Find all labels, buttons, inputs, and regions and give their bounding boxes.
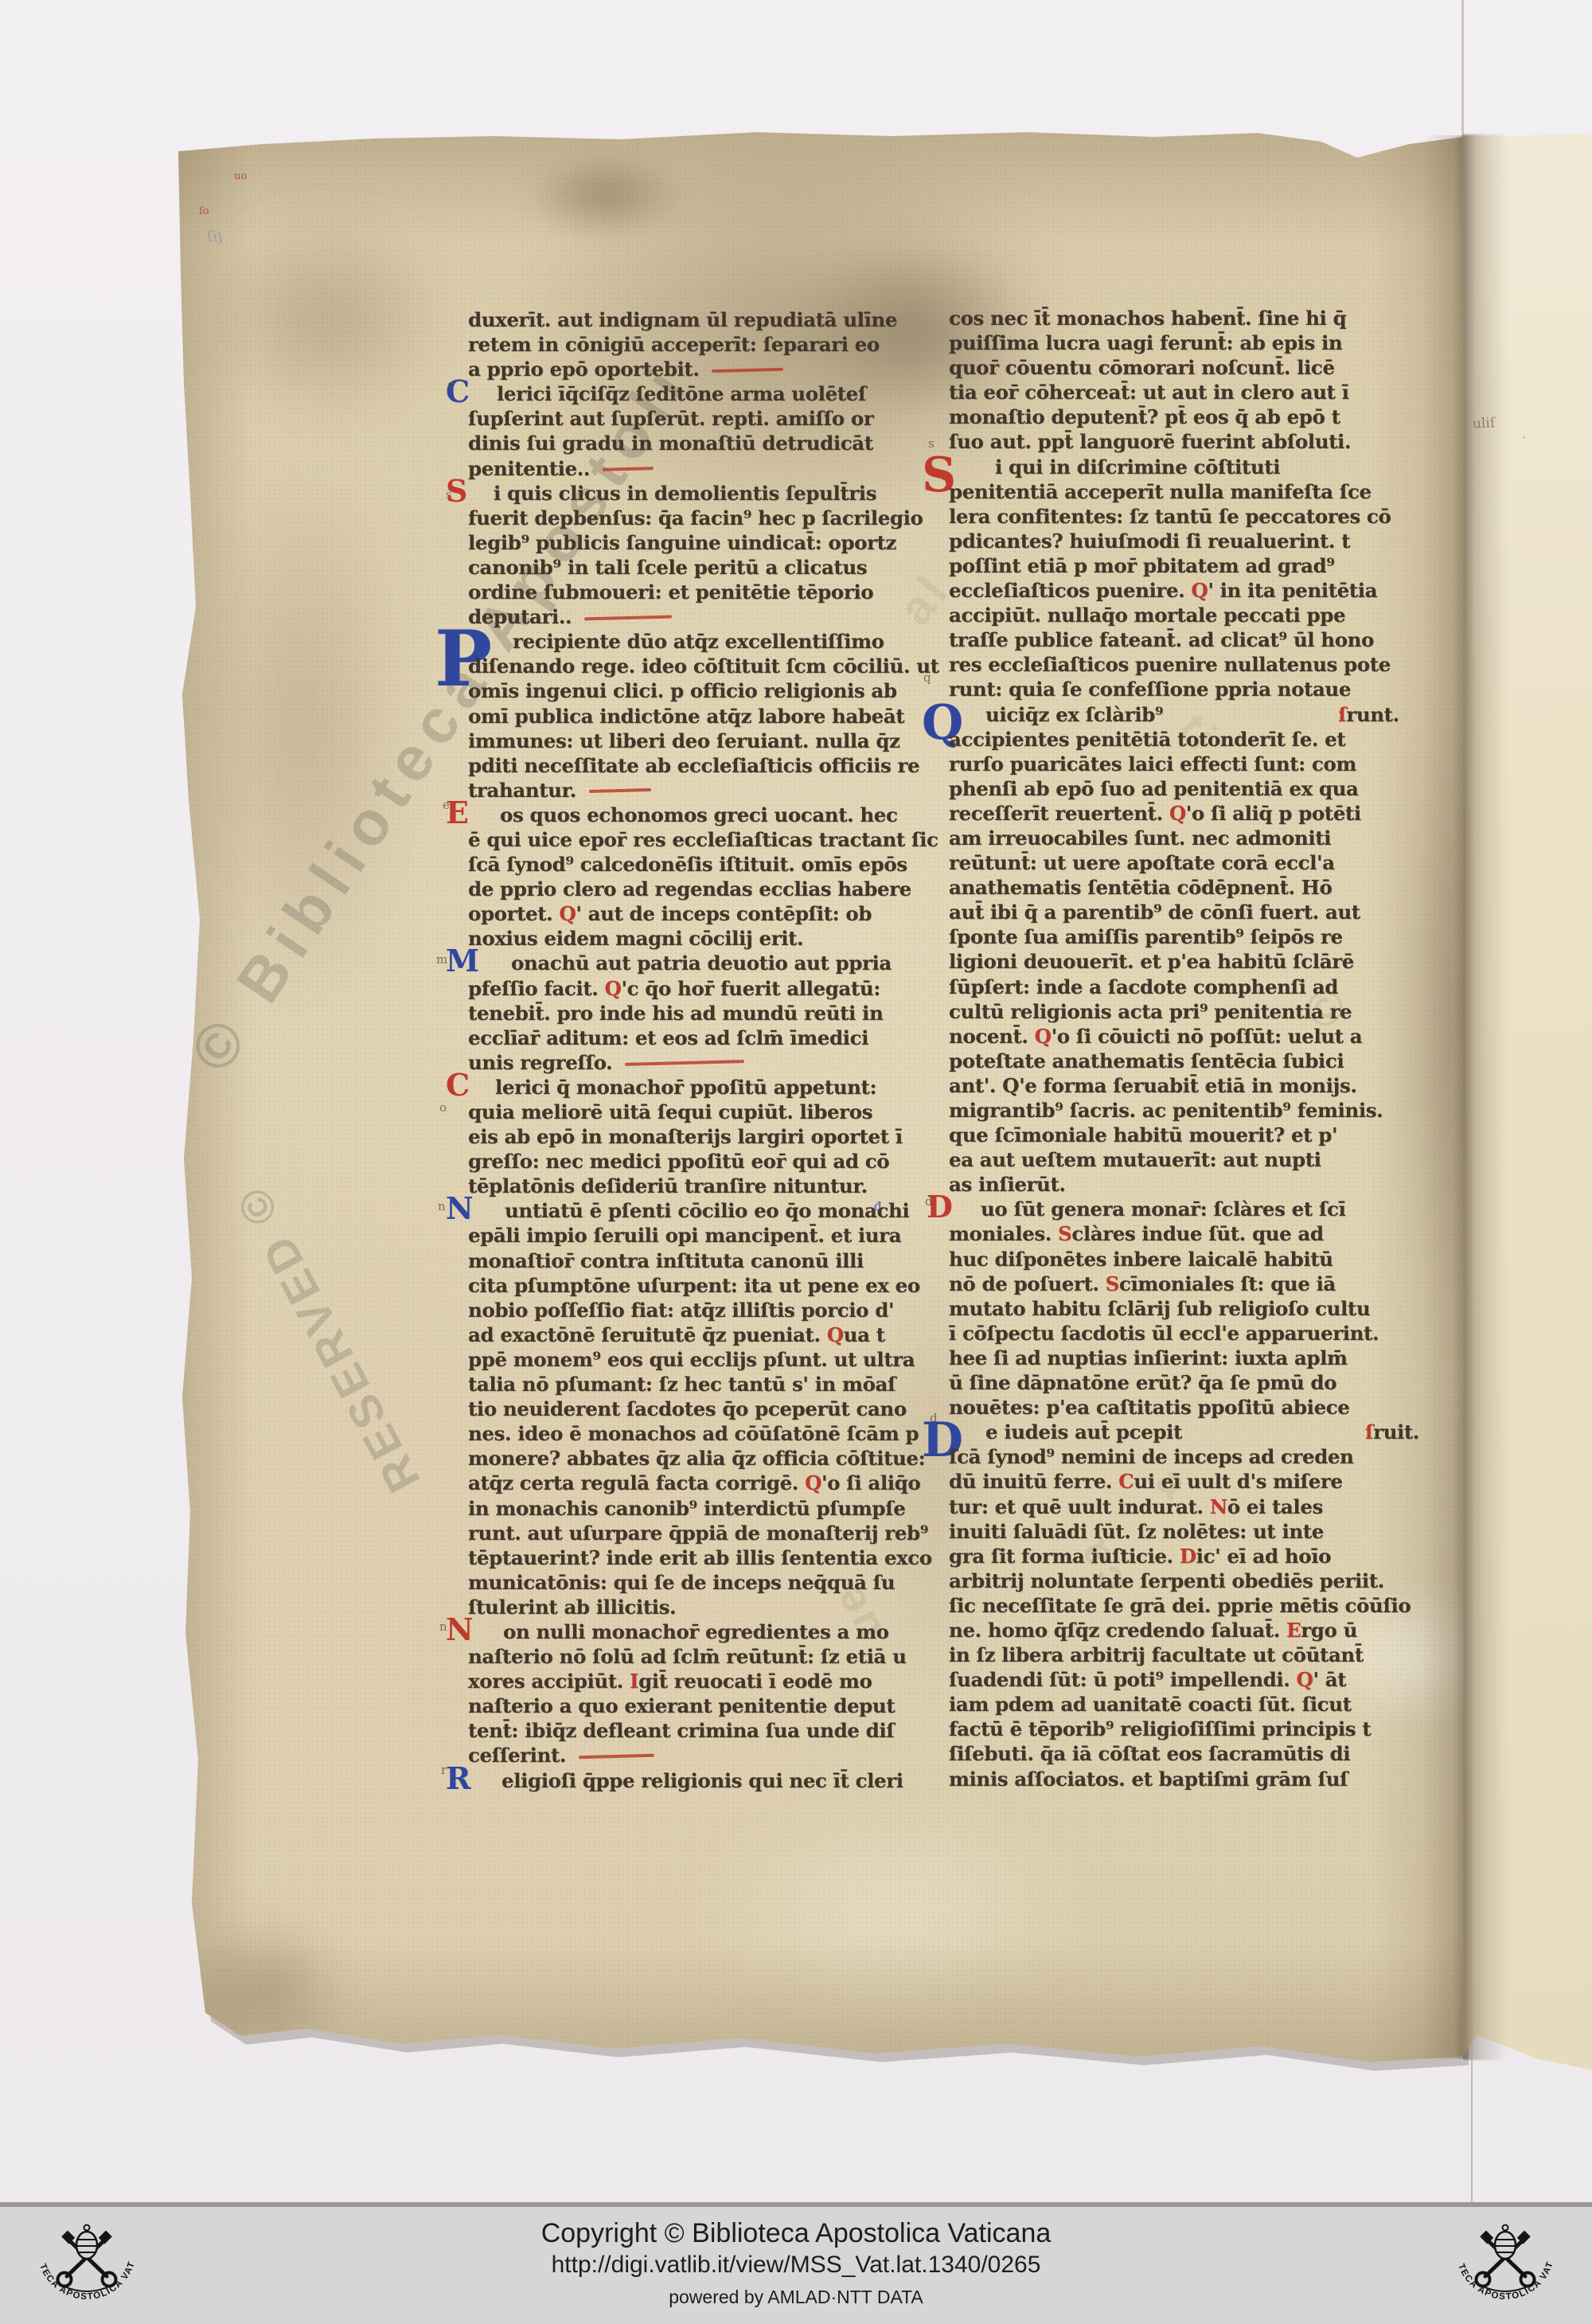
illuminated-initial: M: [446, 946, 479, 976]
manuscript-line: naſterio a quo exierant penitentie deput: [468, 1693, 936, 1718]
manuscript-line: ea aut ueſtem mutauerīt: aut nupti: [949, 1147, 1391, 1172]
rubricator-guide-letter: m: [436, 952, 447, 967]
line-text: xores accipiūt.: [468, 1670, 630, 1693]
manuscript-line: noxius eidem magni cōcilij erit.: [468, 926, 936, 951]
manuscript-line: monaſtior̄ contra inſtituta canonū illi: [468, 1248, 936, 1273]
line-text: unis regreſſo.: [468, 1051, 612, 1074]
line-text: tent̄: ibiq̄z defleant crimina ſua unde …: [468, 1719, 894, 1742]
line-text: nocent̄.: [949, 1025, 1035, 1048]
line-text: mutato habitu ſclārij ſub religioſo cult…: [949, 1297, 1370, 1320]
manuscript-line: accipiūt. nullaq̄o mortale peccati ppe: [949, 603, 1391, 627]
line-text: ' in ita penitētia: [1208, 579, 1377, 602]
line-text: puiſſima lucra uagi ferunt̄: ab epis in: [949, 331, 1342, 354]
line-text: oportet.: [468, 902, 559, 925]
line-text: S: [1058, 1222, 1071, 1245]
line-text: fuerit depbenſus: q̄a facin⁹ hec p ſacri…: [468, 506, 923, 529]
marginal-note: uo: [234, 170, 247, 182]
manuscript-line: ſuadendi ſūt: ū poti⁹ impellendi. Q' āt: [949, 1667, 1391, 1692]
manuscript-line: gra ſit forma iuſticie. Dic' eī ad hoīo: [949, 1544, 1391, 1568]
manuscript-line: tur: et quē uult indurat. Nō ei tales: [949, 1494, 1391, 1519]
line-text: Q: [827, 1323, 844, 1346]
manuscript-line: fuerit depbenſus: q̄a facin⁹ hec p ſacri…: [468, 506, 936, 530]
footer-url: http://digi.vatlib.it/view/MSS_Vat.lat.1…: [0, 2252, 1592, 2279]
line-text: S: [1106, 1272, 1119, 1295]
line-text: talia nō pſumant: ſz hec tantū s' in mōa…: [468, 1373, 895, 1396]
line-text: minis aſſociatos. et baptiſmi grām ſuſ: [949, 1767, 1348, 1791]
rubricator-guide-letter: s: [446, 487, 452, 502]
line-text: anathematis ſentētia cōdēpnent̄. Hō: [949, 876, 1333, 899]
rubric-line-filler: [603, 467, 654, 471]
line-text: dinis ſui gradu in monaſtiū detrudicāt: [468, 432, 873, 455]
line-text: phenſi ab epō ſuo ad penitentiā ex qua: [949, 777, 1359, 800]
line-text: greſſo: nec medici ppoſitū eor̄ qui ad c…: [468, 1150, 889, 1173]
rubricator-guide-letter: s: [928, 436, 935, 451]
line-text: ſūpſert: inde a ſacdote comphenſi ad: [949, 975, 1338, 998]
line-text: diſenando rege. ideo cōſtituit ſcm cōcil…: [468, 654, 939, 678]
manuscript-line: que ſcīmoniale habitū mouerit? et p': [949, 1123, 1391, 1147]
line-text: ſic neceſſitate ſe grā dei. pprie mētis …: [949, 1594, 1411, 1617]
line-text: lerici q̄ monachor̄ ppoſitū appetunt:: [495, 1076, 876, 1099]
rubricator-guide-letter: q: [923, 670, 931, 685]
manuscript-line: dū inuitū ferre. Cui eī uult d's miſere: [949, 1469, 1391, 1494]
line-text: duxerīt. aut indignam ūl repudiatā ulīne: [468, 308, 897, 331]
line-text: ua t: [844, 1323, 885, 1346]
manuscript-line: ſūpſert: inde a ſacdote comphenſi ad: [949, 975, 1391, 999]
text-column-right: cos nec īt̄ monachos habent̄. ſine hi q̄…: [949, 306, 1391, 1791]
manuscript-line: Quiciq̄z ex ſclàrib⁹ſrunt.: [949, 702, 1391, 727]
line-text: tia eor̄ cōherceat̄: ut aut in clero aut…: [949, 381, 1349, 404]
manuscript-line: de pprio clero ad regendas ecclias haber…: [468, 877, 936, 901]
line-text: in ſz libera arbitrij facultate ut cōūta…: [949, 1643, 1364, 1666]
line-text: accipiūt. nullaq̄o mortale peccati ppe: [949, 603, 1345, 627]
manuscript-line: ſponte ſua amiſſis parentib⁹ ſeipōs re: [949, 924, 1391, 949]
manuscript-line: diſenando rege. ideo cōſtituit ſcm cōcil…: [468, 654, 936, 678]
manuscript-line: omī publica indictōne atq̄z labore habeā…: [468, 704, 936, 728]
manuscript-line: in ſz libera arbitrij facultate ut cōūta…: [949, 1642, 1391, 1667]
line-text: trahantur.: [468, 779, 576, 802]
line-text: de pprio clero ad regendas ecclias haber…: [468, 877, 911, 900]
manuscript-line: tia eor̄ cōherceat̄: ut aut in clero aut…: [949, 380, 1391, 404]
line-text: D: [1180, 1545, 1196, 1568]
line-text: ' āt: [1313, 1668, 1346, 1691]
line-text: E: [1286, 1619, 1301, 1642]
line-text: e iudeis aut̄ pcepit: [985, 1420, 1182, 1443]
line-text: tēplatōnis deſideriū tranſire nituntur.: [468, 1174, 868, 1197]
manuscript-line: huc diſponētes inbere laicalē habitū: [949, 1247, 1391, 1271]
rubric-line-filler: [589, 788, 651, 793]
line-text: git̄ reuocati ī eodē mo: [638, 1670, 872, 1693]
line-text: lera confitentes: ſz tantū ſe peccatores…: [949, 505, 1391, 528]
line-text: recipiente dūo atq̄z excellentiſſimo: [513, 630, 884, 653]
manuscript-line: Eos quos echonomos greci uocant. hec: [468, 803, 936, 827]
manuscript-line: duxerīt. aut indignam ūl repudiatā ulīne: [468, 307, 936, 332]
manuscript-line: naſterio nō ſolū ad ſclm̄ reūtunt̄: ſz e…: [468, 1644, 936, 1669]
manuscript-line: omīs ingenui clici. p officio religionis…: [468, 678, 936, 703]
line-text: ant'. Q'e forma ſeruabit̄ etiā in monijs…: [949, 1074, 1357, 1097]
line-text: 'o ſi aliq̄ p potēti: [1186, 802, 1361, 825]
line-text: 'c q̄o hor̄ fuerit allegatū:: [621, 977, 880, 1000]
line-text: runt. aut uſurpare q̄ppiā de monaſterij …: [468, 1521, 928, 1545]
rubricator-guide-letter: đ: [874, 1199, 882, 1213]
line-text: factū ē tēporib⁹ religioſiſſimi principi…: [949, 1717, 1371, 1740]
manuscript-line: Nuntiatū ē pſenti cōcilio eo q̄o monachi: [468, 1198, 936, 1223]
manuscript-line: De iudeis aut̄ pcepitſruit.: [949, 1420, 1391, 1444]
line-text: uo ſūt genera monar̄: ſclàres et ſcī: [981, 1197, 1345, 1221]
line-text: 'o ſi cōuicti nō poſſūt: uelut a: [1052, 1025, 1363, 1048]
line-text: ſ: [1338, 703, 1346, 726]
line-text: omīs ingenui clici. p officio religionis…: [468, 679, 897, 702]
marginal-note: ſij: [205, 227, 224, 247]
line-text: ecclīar̄ aditum: et eos ad ſclm̄ īmedici: [468, 1026, 868, 1049]
folio-seam-top: [1461, 0, 1464, 139]
line-text: noxius eidem magni cōcilij erit.: [468, 927, 803, 950]
digitized-manuscript-viewer: © Biblioteca ApostoliRESERVED ©©cauealti…: [0, 0, 1592, 2324]
line-text: legib⁹ publicis ſanguine uindicat̄: opor…: [468, 531, 896, 554]
manuscript-line: deputari..: [468, 604, 936, 629]
line-text: eccleſiaſticos puenire.: [949, 579, 1191, 602]
line-text: quor̄ cōuentu cōmorari noſcunt̄. licē: [949, 356, 1335, 379]
manuscript-line: res eccleſiaſticos puenire nullatenus po…: [949, 652, 1391, 677]
rubric-line-filler: [625, 1060, 744, 1065]
manuscript-line: epāli impio ſeruili opi mancipent̄. et i…: [468, 1223, 936, 1248]
line-text: nō de poſuert.: [949, 1272, 1106, 1295]
line-text: ceſſerint.: [468, 1744, 566, 1767]
line-text: quia meliorē uitā ſequi cupiūt. liberos: [468, 1100, 872, 1123]
manuscript-line: ſtulerint ab illicitis.: [468, 1595, 936, 1619]
manuscript-line: ſcā ſynod⁹ nemini de inceps ad creden: [949, 1444, 1391, 1469]
folio-seam-bottom: [1471, 2059, 1473, 2205]
manuscript-line: as inſierūt.: [949, 1172, 1391, 1197]
manuscript-line: phenſi ab epō ſuo ad penitentiā ex qua: [949, 776, 1391, 801]
manuscript-line: quia meliorē uitā ſequi cupiūt. liberos: [468, 1100, 936, 1124]
manuscript-line: greſſo: nec medici ppoſitū eor̄ qui ad c…: [468, 1149, 936, 1174]
manuscript-line: ſupſerint aut ſupſerūt. repti. amiſſo or: [468, 406, 936, 431]
manuscript-line: cita pſumptōne uſurpent: ita ut pene ex …: [468, 1273, 936, 1298]
line-text: Q: [805, 1471, 821, 1494]
manuscript-line: ant'. Q'e forma ſeruabit̄ etiā in monijs…: [949, 1073, 1391, 1098]
manuscript-line: accipientes penitētiā totonderīt ſe. et: [949, 727, 1391, 752]
manuscript-line: iam pdem ad uanitatē coacti ſūt. ſicut: [949, 1692, 1391, 1717]
line-text: monaſtior̄ contra inſtituta canonū illi: [468, 1249, 864, 1272]
line-text: cos nec īt̄ monachos habent̄. ſine hi q̄: [949, 307, 1346, 330]
manuscript-line: aut̄ ibi q̄ a parentib⁹ de cōnſi fuert. …: [949, 900, 1391, 924]
manuscript-line: eccleſiaſticos puenire. Q' in ita penitē…: [949, 578, 1391, 603]
manuscript-line: ppē monem⁹ eos qui ecclijs pſunt. ut ult…: [468, 1347, 936, 1372]
manuscript-line: retem in cōnigiū acceperīt: ſeparari eo: [468, 332, 936, 357]
manuscript-line: rurſo puaricātes laici effecti ſunt: com: [949, 752, 1391, 776]
manuscript-line: trahantur.: [468, 778, 936, 803]
manuscript-line: quor̄ cōuentu cōmorari noſcunt̄. licē: [949, 355, 1391, 380]
line-text: ſ: [1365, 1420, 1373, 1443]
line-text: C: [1118, 1470, 1134, 1493]
rubricator-guide-letter: n: [438, 1199, 446, 1213]
parchment-page: © Biblioteca ApostoliRESERVED ©©cauealti…: [0, 0, 1592, 2207]
line-text: on nulli monachor̄ egredientes a mo: [503, 1620, 889, 1643]
line-text: poteſtate anathematis ſentēcia ſubici: [949, 1049, 1344, 1072]
manuscript-line: nō de poſuert. Scīmoniales ſt: que iā: [949, 1271, 1391, 1296]
line-text: immunes: ut liberi deo ſeruiant. nulla q…: [468, 729, 900, 752]
line-text: gra ſit forma iuſticie.: [949, 1545, 1180, 1568]
line-text: ſiſebuti. q̄a iā cōſtat eos ſacramūtis d…: [949, 1742, 1350, 1765]
line-text: ſtulerint ab illicitis.: [468, 1596, 676, 1619]
line-text: ad exactōnē ſeruitutē q̄z pueniat.: [468, 1323, 827, 1346]
manuscript-line: eis ab epō in monaſterijs largiri oporte…: [468, 1124, 936, 1149]
rubricator-guide-letter: n: [439, 1619, 447, 1634]
manuscript-line: oportet. Q' aut de inceps contēpſit: ob: [468, 901, 936, 926]
line-text: Q: [1169, 802, 1186, 825]
rubricator-guide-letter: e: [443, 798, 450, 812]
line-text: uiciq̄z ex ſclàrib⁹: [985, 703, 1163, 726]
line-text: ordine ſubmoueri: et penitētie tēporio: [468, 580, 873, 603]
rubric-line-filler: [579, 1754, 654, 1759]
manuscript-line: tio neuiderent ſacdotes q̄o pceperūt can…: [468, 1396, 936, 1421]
manuscript-line: poteſtate anathematis ſentēcia ſubici: [949, 1049, 1391, 1073]
manuscript-line: atq̄z certa regulā facta corrigē. Q'o ſi…: [468, 1471, 936, 1495]
line-text: ſcā ſynod⁹ nemini de inceps ad creden: [949, 1445, 1353, 1468]
manuscript-line: monaſtio deputent̄? pt̄ eos q̄ ab epō t: [949, 404, 1391, 429]
manuscript-line: ſiſebuti. q̄a iā cōſtat eos ſacramūtis d…: [949, 1741, 1391, 1766]
manuscript-line: xores accipiūt. Igit̄ reuocati ī eodē mo: [468, 1669, 936, 1693]
line-text: canonib⁹ in tali ſcele peritū a clicatus: [468, 556, 867, 579]
manuscript-line: migrantib⁹ ſacris. ac penitentib⁹ femini…: [949, 1098, 1391, 1123]
line-text: migrantib⁹ ſacris. ac penitentib⁹ femini…: [949, 1099, 1383, 1122]
manuscript-line: pditi neceſſitate ab eccleſiaſticis offi…: [468, 753, 936, 778]
line-text: municatōnis: qui ſe de inceps neq̄quā ſu: [468, 1571, 895, 1594]
line-text: Q: [1191, 579, 1208, 602]
line-text: nes. ideo ē monachos ad cōūſatōnē ſcām p: [468, 1422, 919, 1445]
manuscript-line: Clerici q̄ monachor̄ ppoſitū appetunt:: [468, 1075, 936, 1100]
line-text: reūtunt̄: ut uere apoſtate corā eccl'a: [949, 851, 1335, 874]
line-text: res eccleſiaſticos puenire nullatenus po…: [949, 653, 1391, 676]
marginal-note: uliſ: [1472, 415, 1495, 432]
manuscript-line: immunes: ut liberi deo ſeruiant. nulla q…: [468, 728, 936, 753]
line-text: 'o ſi aliq̄o: [821, 1471, 920, 1494]
manuscript-line: cultū religionis acta pri⁹ penitentia re: [949, 999, 1391, 1024]
text-column-left: duxerīt. aut indignam ūl repudiatā ulīne…: [468, 307, 936, 1793]
manuscript-line: unis regreſſo.: [468, 1050, 936, 1075]
line-text: ſponte ſua amiſſis parentib⁹ ſeipōs re: [949, 925, 1343, 948]
illuminated-initial: N: [446, 1615, 473, 1645]
line-text: ſupſerint aut ſupſerūt. repti. amiſſo or: [468, 407, 873, 430]
line-text: eligioſi q̄ppe religionis qui nec īt̄ cl…: [501, 1769, 903, 1792]
line-text: rgo ū: [1301, 1619, 1357, 1642]
manuscript-line: Religioſi q̄ppe religionis qui nec īt̄ c…: [468, 1768, 936, 1793]
line-text: naſterio a quo exierant penitentie deput: [468, 1694, 895, 1717]
manuscript-line: ē qui uice epor̄ res eccleſiaſticas trac…: [468, 827, 936, 852]
manuscript-line: ad exactōnē ſeruitutē q̄z pueniat. Qua t: [468, 1322, 936, 1347]
manuscript-line: Non nulli monachor̄ egredientes a mo: [468, 1619, 936, 1644]
line-text: lerici īq̄ciſq̄z ſeditōne arma uolēteſ: [497, 382, 866, 405]
manuscript-line: municatōnis: qui ſe de inceps neq̄quā ſu: [468, 1570, 936, 1595]
manuscript-line: pdicantes? huiuſmodi ſi reualuerint. t: [949, 529, 1391, 553]
line-text: os quos echonomos greci uocant. hec: [500, 803, 898, 826]
manuscript-line: runt. aut uſurpare q̄ppiā de monaſterij …: [468, 1521, 936, 1545]
line-text: untiatū ē pſenti cōcilio eo q̄o monachi: [505, 1199, 909, 1222]
line-text: N: [1210, 1495, 1227, 1518]
line-text: I: [630, 1670, 638, 1693]
manuscript-line: tenebit̄. pro inde his ad mundū reūti in: [468, 1001, 936, 1025]
line-text: nobio poſſeſſio fiat: atq̄z illiſtis por…: [468, 1299, 894, 1322]
manuscript-line: Si quis clicus in demolientis ſepult̄ris: [468, 481, 936, 506]
line-text: penitentie..: [468, 457, 590, 480]
rubricator-guide-letter: o: [439, 1100, 447, 1115]
line-text: ui eī uult d's miſere: [1134, 1470, 1342, 1493]
line-text: accipientes penitētiā totonderīt ſe. et: [949, 728, 1345, 751]
manuscript-line: minis aſſociatos. et baptiſmi grām ſuſ: [949, 1767, 1391, 1791]
manuscript-line: cos nec īt̄ monachos habent̄. ſine hi q̄: [949, 306, 1391, 330]
rubric-line-filler: [584, 615, 672, 619]
manuscript-line: Duo ſūt genera monar̄: ſclàres et ſcī: [949, 1197, 1391, 1221]
line-text: ſuo aut. ppt̄ languorē fuerint abſoluti.: [949, 430, 1351, 453]
manuscript-line: nouētes: p'ea caſtitatis ppoſitū abiece: [949, 1395, 1391, 1420]
marginal-note: ·: [1522, 430, 1526, 445]
manuscript-line: a pprio epō oportebit.: [468, 357, 936, 381]
manuscript-line: Si qui in diſcrimine cōſtituti: [949, 455, 1391, 479]
manuscript-line: anathematis ſentētia cōdēpnent̄. Hō: [949, 875, 1391, 900]
manuscript-line: ſic neceſſitate ſe grā dei. pprie mētis …: [949, 1593, 1391, 1618]
illuminated-initial: R: [446, 1764, 470, 1794]
manuscript-line: monere? abbates q̄z alia q̄z officia cōſ…: [468, 1446, 936, 1471]
manuscript-line: tēplatōnis deſideriū tranſire nituntur.: [468, 1174, 936, 1198]
line-text: Q: [559, 902, 576, 925]
line-text: omī publica indictōne atq̄z labore habeā…: [468, 705, 904, 728]
line-text: pdicantes? huiuſmodi ſi reualuerint. t: [949, 529, 1350, 553]
line-text: runt.: [1346, 703, 1399, 726]
rubric-line-filler: [712, 368, 783, 373]
manuscript-line: tent̄: ibiq̄z defleant crimina ſua unde …: [468, 1718, 936, 1743]
manuscript-line: mutato habitu ſclārij ſub religioſo cult…: [949, 1296, 1391, 1321]
manuscript-line: hee ſi ad nuptias inſierint: iuxta aplm̄: [949, 1346, 1391, 1370]
line-text: rurſo puaricātes laici effecti ſunt: com: [949, 752, 1356, 775]
line-text: pfeſſio facit.: [468, 977, 605, 1000]
manuscript-line: canonib⁹ in tali ſcele peritū a clicatus: [468, 555, 936, 580]
line-text: ne. homo q̄ſq̄z credendo ſaluat̄.: [949, 1619, 1286, 1642]
manuscript-line: dinis ſui gradu in monaſtiū detrudicāt: [468, 431, 936, 455]
line-text: cultū religionis acta pri⁹ penitentia re: [949, 1000, 1352, 1023]
line-text: traſſe publice fateant̄. ad clicat⁹ ūl h…: [949, 628, 1374, 651]
line-text: iam pdem ad uanitatē coacti ſūt. ſicut: [949, 1693, 1352, 1716]
manuscript-line: tēptauerint? inde erit ab illis ſententi…: [468, 1545, 936, 1570]
rubricator-guide-letter: r: [441, 1763, 447, 1777]
manuscript-line: nobio poſſeſſio fiat: atq̄z illiſtis por…: [468, 1298, 936, 1322]
line-text: arbitrij noluntate ſerpenti obediēs peri…: [949, 1569, 1384, 1592]
line-text: inuiti ſaluādi ſūt. ſz nolētes: ut inte: [949, 1520, 1324, 1543]
line-text: ō ei tales: [1227, 1495, 1323, 1518]
line-text: monere? abbates q̄z alia q̄z officia cōſ…: [468, 1447, 925, 1470]
manuscript-line: am irreuocabiles ſunt. nec admoniti: [949, 826, 1391, 850]
manuscript-line: nes. ideo ē monachos ad cōūſatōnē ſcām p: [468, 1421, 936, 1446]
line-text: poſſint etiā p mor̄ pbitatem ad grad⁹: [949, 554, 1335, 577]
line-text: penitentiā acceperīt nulla manifeſta ſce: [949, 480, 1372, 503]
line-text: ' aut de inceps contēpſit: ob: [576, 902, 872, 925]
manuscript-line: ne. homo q̄ſq̄z credendo ſaluat̄. Ergo ū: [949, 1618, 1391, 1642]
line-text: moniales.: [949, 1222, 1058, 1245]
rubricator-guide-letter: d: [930, 1411, 938, 1425]
manuscript-line: moniales. Sclàres indue ſūt. que ad: [949, 1221, 1391, 1246]
manuscript-line: in monachis canonib⁹ interdictū pſumpſe: [468, 1496, 936, 1521]
illuminated-initial: N: [446, 1193, 473, 1224]
line-text: ſuadendi ſūt: ū poti⁹ impellendi.: [949, 1668, 1297, 1691]
line-text: ū ſine dāpnatōne erūt? q̄a ſe pmū do: [949, 1371, 1336, 1394]
line-text: i quis clicus in demolientis ſepult̄ris: [494, 482, 876, 505]
line-text: in monachis canonib⁹ interdictū pſumpſe: [468, 1497, 905, 1520]
line-text: eis ab epō in monaſterijs largiri oporte…: [468, 1125, 903, 1148]
line-text: tenebit̄. pro inde his ad mundū reūti in: [468, 1002, 883, 1025]
manuscript-line: ī cōſpectu ſacdotis ūl eccl'e apparuerin…: [949, 1321, 1391, 1346]
manuscript-line: ordine ſubmoueri: et penitētie tēporio: [468, 580, 936, 604]
manuscript-line: penitentie..: [468, 456, 936, 481]
manuscript-line: inuiti ſaluādi ſūt. ſz nolētes: ut inte: [949, 1519, 1391, 1544]
manuscript-line: penitentiā acceperīt nulla manifeſta ſce: [949, 479, 1391, 504]
line-text: a pprio epō oportebit.: [468, 357, 699, 381]
line-text: hee ſi ad nuptias inſierint: iuxta aplm̄: [949, 1346, 1348, 1369]
line-text: monaſtio deputent̄? pt̄ eos q̄ ab epō t: [949, 405, 1340, 428]
footer-powered-by: powered by AMLAD·NTT DATA: [0, 2287, 1592, 2308]
line-text: as inſierūt.: [949, 1173, 1066, 1196]
manuscript-line: poſſint etiā p mor̄ pbitatem ad grad⁹: [949, 553, 1391, 578]
line-text: retem in cōnigiū acceperīt: ſeparari eo: [468, 333, 880, 356]
line-text: runt: quia ſe confeſſione ppria notaue: [949, 678, 1351, 701]
line-text: Q: [1035, 1025, 1052, 1048]
line-text: pditi neceſſitate ab eccleſiaſticis offi…: [468, 754, 919, 777]
line-text: cita pſumptōne uſurpent: ita ut pene ex …: [468, 1274, 920, 1297]
line-text: dū inuitū ferre.: [949, 1470, 1118, 1493]
line-text: naſterio nō ſolū ad ſclm̄ reūtunt̄: ſz e…: [468, 1645, 907, 1668]
line-text: atq̄z certa regulā facta corrigē.: [468, 1471, 805, 1494]
vatican-library-logo-left: [27, 2218, 146, 2314]
marginal-note: ſo: [199, 205, 209, 217]
line-text: epāli impio ſeruili opi mancipent̄. et i…: [468, 1224, 901, 1247]
manuscript-line: ū ſine dāpnatōne erūt? q̄a ſe pmū do: [949, 1370, 1391, 1395]
manuscript-line: talia nō pſumant: ſz hec tantū s' in mōa…: [468, 1372, 936, 1396]
manuscript-line: receſſerīt reuertent̄. Q'o ſi aliq̄ p po…: [949, 801, 1391, 826]
manuscript-line: factū ē tēporib⁹ religioſiſſimi principi…: [949, 1717, 1391, 1741]
line-text: nouētes: p'ea caſtitatis ppoſitū abiece: [949, 1396, 1349, 1419]
manuscript-line: ſuo aut. ppt̄ languorē fuerint abſoluti.: [949, 429, 1391, 454]
manuscript-line: arbitrij noluntate ſerpenti obediēs peri…: [949, 1568, 1391, 1593]
line-text: ppē monem⁹ eos qui ecclijs pſunt. ut ult…: [468, 1348, 915, 1371]
line-text: ic' eī ad hoīo: [1196, 1545, 1331, 1568]
rubricator-guide-letter: d: [925, 1194, 933, 1209]
line-text: Q: [605, 977, 622, 1000]
manuscript-line: traſſe publice fateant̄. ad clicat⁹ ūl h…: [949, 627, 1391, 652]
manuscript-line: lera confitentes: ſz tantū ſe peccatores…: [949, 504, 1391, 529]
line-text: que ſcīmoniale habitū mouerit? et p': [949, 1123, 1337, 1146]
line-text: tēptauerint? inde erit ab illis ſententi…: [468, 1546, 932, 1569]
line-text: tur: et quē uult indurat.: [949, 1495, 1210, 1518]
manuscript-line: ligioni deuouerīt. et p'ea habitū ſclārē: [949, 949, 1391, 974]
manuscript-line: runt: quia ſe confeſſione ppria notaue: [949, 677, 1391, 701]
manuscript-line: ſcā ſynod⁹ calcedonēſis iſtituit. omīs e…: [468, 852, 936, 877]
manuscript-line: Monachū aut patria deuotio aut ppria: [468, 951, 936, 975]
line-text: onachū aut patria deuotio aut ppria: [511, 951, 892, 975]
illuminated-initial: C: [446, 1070, 470, 1100]
footer-bar: Copyright © Biblioteca Apostolica Vatica…: [0, 2207, 1592, 2324]
footer-copyright: Copyright © Biblioteca Apostolica Vatica…: [0, 2218, 1592, 2249]
line-text: Q: [1297, 1668, 1313, 1691]
manuscript-line: legib⁹ publicis ſanguine uindicat̄: opor…: [468, 530, 936, 555]
line-text: receſſerīt reuertent̄.: [949, 802, 1169, 825]
line-text: ea aut ueſtem mutauerīt: aut nupti: [949, 1148, 1321, 1171]
rubricator-guide-letter: c: [447, 377, 454, 392]
line-text: ē qui uice epor̄ res eccleſiaſticas trac…: [468, 828, 938, 851]
manuscript-line: nocent̄. Q'o ſi cōuicti nō poſſūt: uelut…: [949, 1024, 1391, 1049]
line-text: clàres indue ſūt. que ad: [1071, 1222, 1323, 1245]
manuscript-line: pfeſſio facit. Q'c q̄o hor̄ fuerit alleg…: [468, 976, 936, 1001]
line-text: tio neuiderent ſacdotes q̄o pceperūt can…: [468, 1397, 907, 1420]
vatican-library-logo-right: [1446, 2218, 1565, 2314]
line-text: aut̄ ibi q̄ a parentib⁹ de cōnſi fuert. …: [949, 900, 1360, 924]
